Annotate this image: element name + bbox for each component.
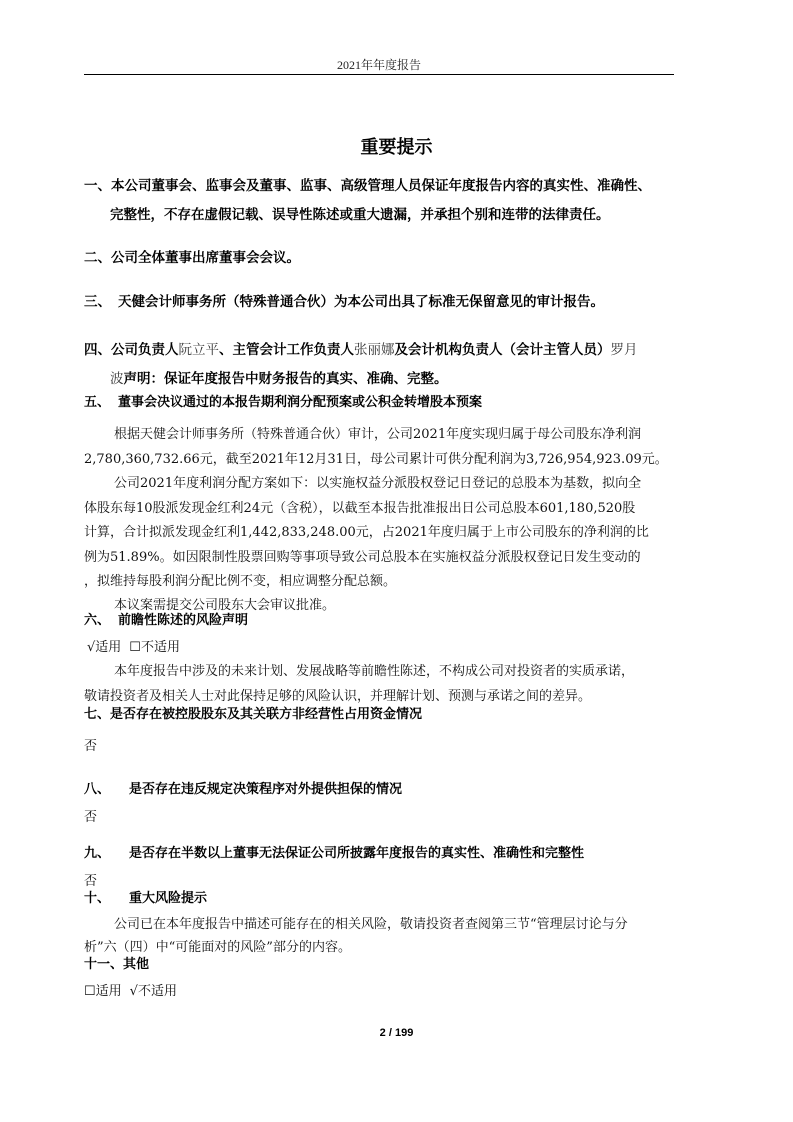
section-number: 四、 <box>84 342 111 358</box>
option-applicable-checked: √适用 <box>87 636 121 660</box>
section-title: 其他 <box>123 957 149 972</box>
section-2: 二、公司全体董事出席董事会会议。 <box>84 244 694 273</box>
section-text-continued: 完整性，不存在虚假记载、误导性陈述或重大遗漏，并承担个别和连带的法律责任。 <box>84 201 694 230</box>
person-name-continued: 波 <box>110 371 124 387</box>
section-5-heading: 五、董事会决议通过的本报告期利润分配预案或公积金转增股本预案 <box>84 391 694 415</box>
option-applicable: ☐适用 <box>84 980 122 1005</box>
option-not-applicable: ☐不适用 <box>129 636 180 660</box>
section-number: 五、 <box>84 391 118 415</box>
section-number: 三、 <box>84 288 118 317</box>
statement-text: 声明：保证年度报告中财务报告的真实、准确、完整。 <box>124 371 448 387</box>
section-title: 董事会决议通过的本报告期利润分配预案或公积金转增股本预案 <box>118 395 482 410</box>
section-number: 二、 <box>84 250 111 266</box>
section-7-answer: 否 <box>84 737 694 757</box>
section-text: 天健会计师事务所（特殊普通合伙）为本公司出具了标准无保留意见的审计报告。 <box>118 294 604 310</box>
section-number: 九、 <box>84 842 129 866</box>
section-title: 是否存在被控股股东及其关联方非经营性占用资金情况 <box>110 707 422 722</box>
section-8-answer: 否 <box>84 808 694 828</box>
section-4: 四、公司负责人阮立平、主管会计工作负责人张丽娜及会计机构负责人（会计主管人员）罗… <box>84 336 694 394</box>
page-header: 2021年年度报告 <box>84 56 674 73</box>
section-number: 一、 <box>84 178 111 194</box>
paragraph-line: 例为51.89%。如因限制性股票回购等事项导致公司总股本在实施权益分派股权登记日… <box>84 546 694 571</box>
section-title: 前瞻性陈述的风险声明 <box>118 613 248 628</box>
section-title: 是否存在违反规定决策程序对外提供担保的情况 <box>129 782 402 797</box>
section-number: 六、 <box>84 609 118 633</box>
page-number: 2 / 199 <box>0 1027 793 1039</box>
section-1: 一、本公司董事会、监事会及董事、监事、高级管理人员保证年度报告内容的真实性、准确… <box>84 172 694 230</box>
paragraph-line: 公司已在本年度报告中描述可能存在的相关风险，敬请投资者查阅第三节“管理层讨论与分 <box>114 917 628 932</box>
section-10-heading: 十、重大风险提示 <box>84 887 694 911</box>
section-title: 重大风险提示 <box>129 891 207 906</box>
paragraph-line: 体股东每10股派发现金红利24元（含税），以截至本报告批准报出日公司总股本601… <box>84 497 694 522</box>
paragraph-line: ，拟维持每股利润分配比例不变，相应调整分配总额。 <box>84 570 694 595</box>
section-9-heading: 九、是否存在半数以上董事无法保证公司所披露年度报告的真实性、准确性和完整性 <box>84 842 694 866</box>
section-title: 是否存在半数以上董事无法保证公司所披露年度报告的真实性、准确性和完整性 <box>129 846 584 861</box>
section-number: 七、 <box>84 707 110 722</box>
header-divider <box>84 74 674 75</box>
person-name: 张丽娜 <box>354 342 395 358</box>
person-name: 阮立平 <box>179 342 220 358</box>
paragraph-line: 计算，合计拟派发现金红利1,442,833,248.00元，占2021年度归属于… <box>84 521 694 546</box>
person-name: 罗月 <box>611 342 638 358</box>
paragraph-line: 2,780,360,732.66元，截至2021年12月31日，母公司累计可供分… <box>84 448 694 473</box>
section-8-heading: 八、是否存在违反规定决策程序对外提供担保的情况 <box>84 778 694 802</box>
paragraph-line: 本年度报告中涉及的未来计划、发展战略等前瞻性陈述，不构成公司对投资者的实质承诺， <box>114 664 634 679</box>
section-number: 十、 <box>84 887 129 911</box>
section-11-options: ☐适用√不适用 <box>84 980 694 1005</box>
section-6-heading: 六、前瞻性陈述的风险声明 <box>84 609 694 633</box>
section-6-body: √适用☐不适用 本年度报告中涉及的未来计划、发展战略等前瞻性陈述，不构成公司对投… <box>84 636 694 709</box>
section-number: 十一、 <box>84 957 123 972</box>
label-accounting-org-head: 及会计机构负责人（会计主管人员） <box>395 342 611 358</box>
page-title: 重要提示 <box>0 133 793 159</box>
section-text: 公司全体董事出席董事会会议。 <box>111 250 300 266</box>
label-company-head: 公司负责人 <box>111 342 179 358</box>
label-accounting-head: 、主管会计工作负责人 <box>219 342 354 358</box>
section-number: 八、 <box>84 778 129 802</box>
section-7-heading: 七、是否存在被控股股东及其关联方非经营性占用资金情况 <box>84 703 694 727</box>
section-3: 三、天健会计师事务所（特殊普通合伙）为本公司出具了标准无保留意见的审计报告。 <box>84 288 694 317</box>
section-11-heading: 十一、其他 <box>84 953 694 977</box>
paragraph-line: 公司2021年度利润分配方案如下：以实施权益分派股权登记日登记的总股本为基数，拟… <box>114 476 641 491</box>
paragraph-line: 根据天健会计师事务所（特殊普通合伙）审计，公司2021年度实现归属于母公司股东净… <box>114 427 641 442</box>
section-5-body: 根据天健会计师事务所（特殊普通合伙）审计，公司2021年度实现归属于母公司股东净… <box>84 423 694 617</box>
option-not-applicable-checked: √不适用 <box>130 980 177 1005</box>
section-text: 本公司董事会、监事会及董事、监事、高级管理人员保证年度报告内容的真实性、准确性、 <box>111 178 651 194</box>
